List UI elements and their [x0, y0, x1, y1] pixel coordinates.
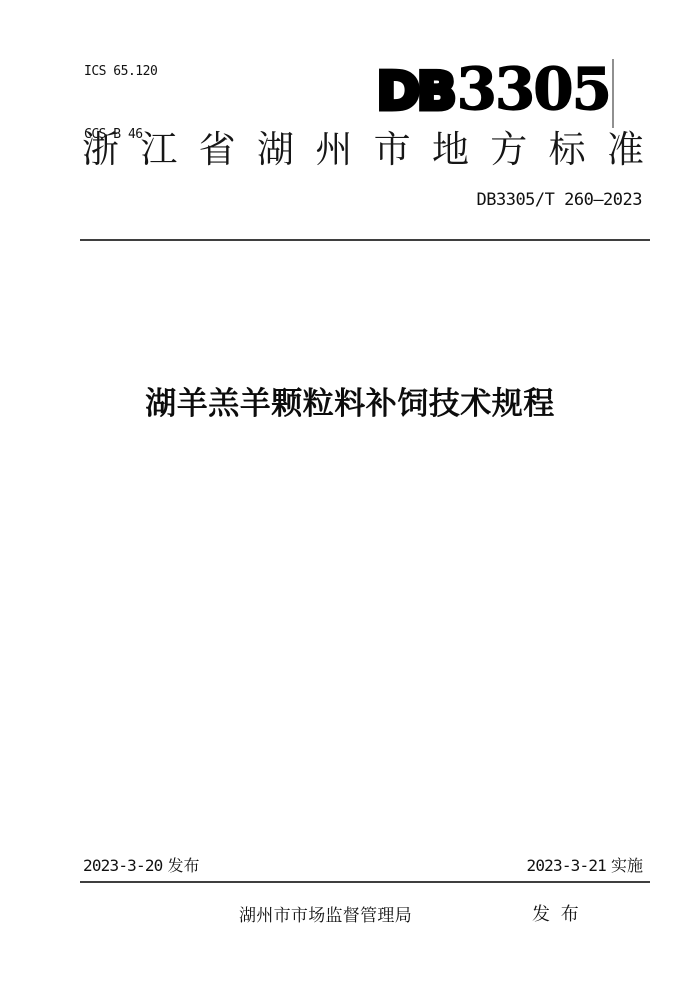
db-logo-code: 3305 [457, 60, 610, 118]
issuing-authority: 湖州市市场监督管理局 [239, 901, 412, 926]
issue-date-action: 发布 [168, 853, 200, 876]
category-char: 州 [315, 130, 352, 170]
publish-action-label: 发 布 [532, 900, 579, 926]
bottom-horizontal-rule [80, 881, 650, 883]
category-char: 标 [549, 130, 586, 170]
category-char: 市 [374, 130, 411, 170]
logo-vertical-rule [612, 59, 614, 128]
ics-code: ICS 65.120 [84, 61, 157, 82]
implementation-date: 2023-3-21 实施 [526, 853, 643, 876]
standard-number: DB3305/T 260—2023 [477, 190, 643, 210]
category-char: 省 [199, 130, 236, 170]
db-logo-prefix: DB [377, 66, 457, 118]
document-title: 湖羊羔羊颗粒料补饲技术规程 [0, 378, 700, 423]
category-char: 湖 [257, 130, 294, 170]
category-char: 地 [432, 130, 469, 170]
issue-date-value: 2023-3-20 [83, 856, 163, 875]
implementation-date-value: 2023-3-21 [526, 856, 606, 875]
category-char: 江 [140, 130, 177, 170]
implementation-date-action: 实施 [611, 853, 643, 876]
standard-cover-page: ICS 65.120 CCS B 46 DB 3305 浙 江 省 湖 州 市 … [0, 0, 700, 990]
category-char: 方 [490, 130, 527, 170]
db-standard-logo: DB 3305 [377, 60, 610, 118]
category-char: 浙 [82, 130, 119, 170]
issue-date: 2023-3-20 发布 [83, 853, 200, 876]
top-horizontal-rule [80, 239, 650, 241]
standard-category-title: 浙 江 省 湖 州 市 地 方 标 准 [82, 130, 644, 170]
category-char: 准 [607, 130, 644, 170]
dates-row: 2023-3-20 发布 2023-3-21 实施 [83, 853, 643, 876]
